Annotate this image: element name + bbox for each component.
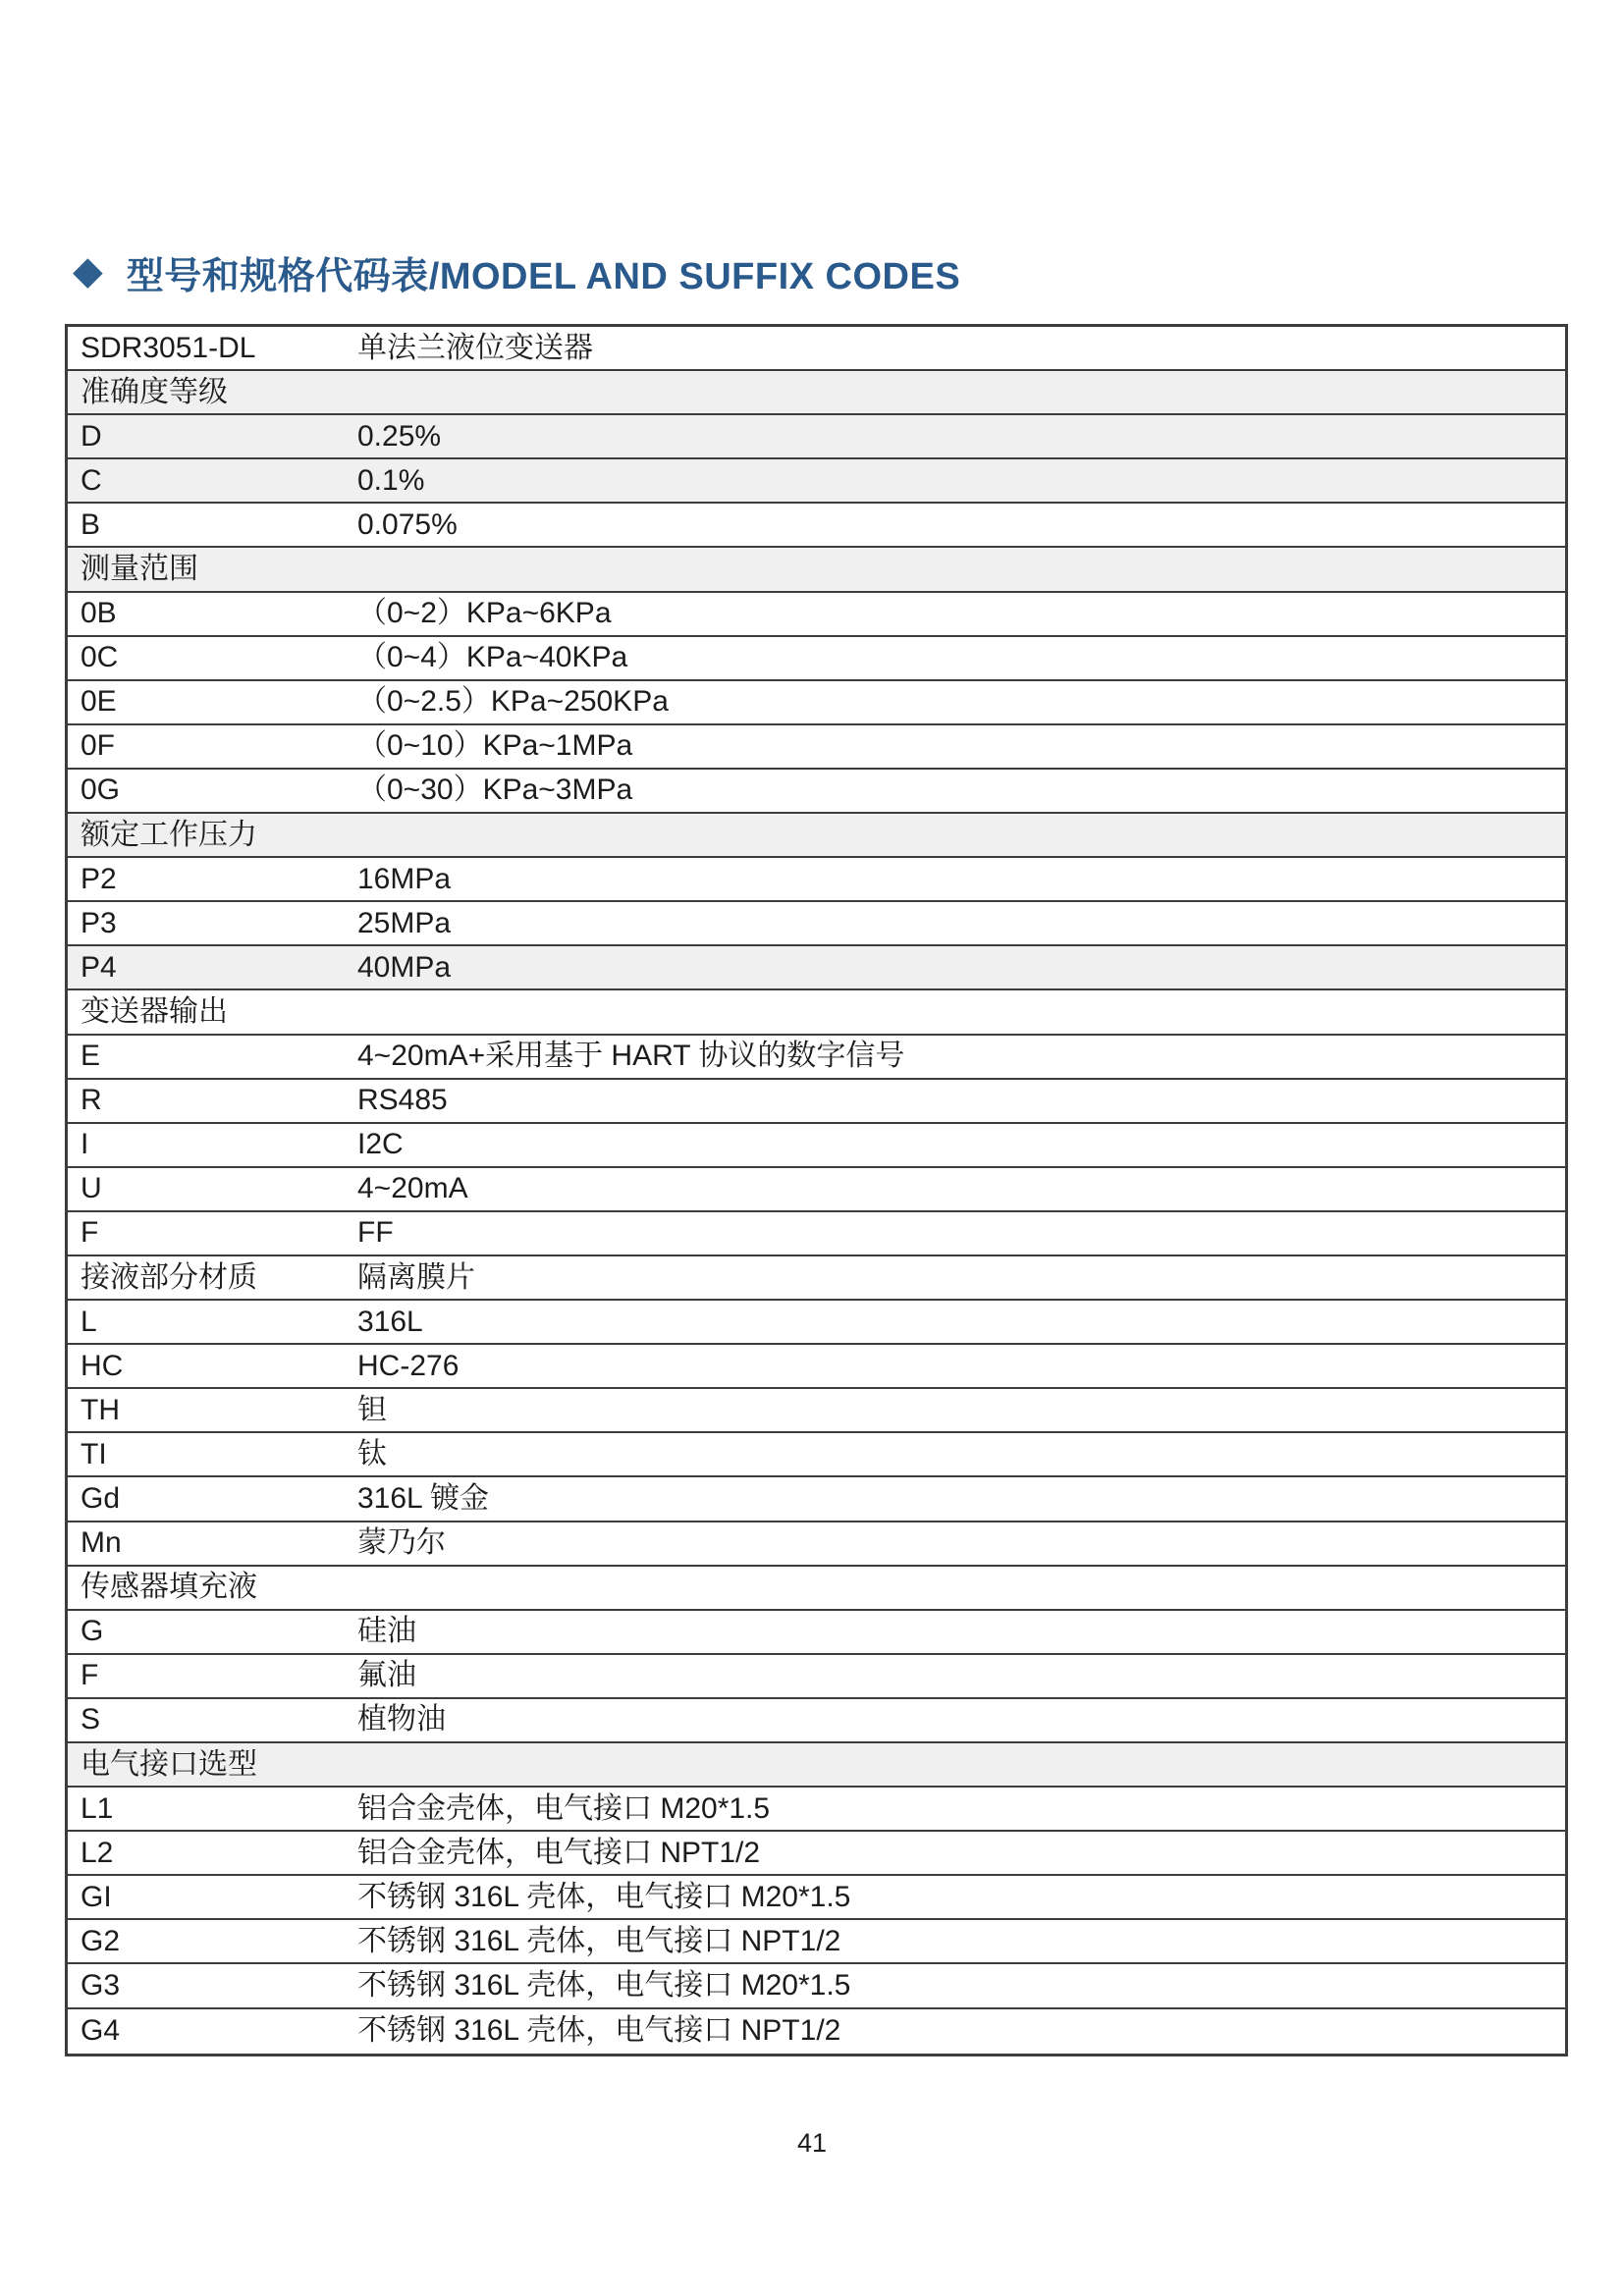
- table-row: L 316L: [68, 1301, 1565, 1345]
- table-row: G 硅油: [68, 1611, 1565, 1655]
- row-code: 接液部分材质: [81, 1263, 257, 1293]
- row-code: G3: [81, 1971, 120, 2001]
- row-description: 0.1%: [357, 466, 424, 496]
- table-row: GI 不锈钢 316L 壳体，电气接口 M20*1.5: [68, 1876, 1565, 1920]
- row-code: 测量范围: [81, 555, 198, 584]
- table-row: TH 钽: [68, 1389, 1565, 1433]
- section-heading: ◆ 型号和规格代码表/MODEL AND SUFFIX CODES: [73, 245, 960, 299]
- row-description: 植物油: [357, 1705, 446, 1735]
- row-description: HC-276: [357, 1352, 459, 1381]
- table-row: TI 钛: [68, 1433, 1565, 1477]
- row-code: 0F: [81, 731, 115, 761]
- row-description: RS485: [357, 1086, 448, 1115]
- row-code: 准确度等级: [81, 378, 228, 407]
- table-row: S 植物油: [68, 1699, 1565, 1743]
- table-row: R RS485: [68, 1080, 1565, 1124]
- table-row: G2 不锈钢 316L 壳体，电气接口 NPT1/2: [68, 1920, 1565, 1964]
- table-row: 接液部分材质 隔离膜片: [68, 1256, 1565, 1301]
- table-row: U 4~20mA: [68, 1168, 1565, 1212]
- table-row: E 4~20mA+采用基于 HART 协议的数字信号: [68, 1036, 1565, 1080]
- page-title: 型号和规格代码表/MODEL AND SUFFIX CODES: [127, 245, 960, 299]
- row-description: 不锈钢 316L 壳体，电气接口 M20*1.5: [357, 1971, 850, 2001]
- row-description: 0.075%: [357, 510, 458, 540]
- table-row: Mn 蒙乃尔: [68, 1522, 1565, 1567]
- row-code: 电气接口选型: [81, 1750, 257, 1780]
- table-row: C 0.1%: [68, 459, 1565, 504]
- diamond-bullet-icon: ◆: [73, 251, 103, 291]
- row-code: F: [81, 1661, 98, 1690]
- table-row: B 0.075%: [68, 504, 1565, 548]
- row-code: TH: [81, 1396, 120, 1425]
- table-row: 0E （0~2.5）KPa~250KPa: [68, 681, 1565, 725]
- row-description: 不锈钢 316L 壳体，电气接口 NPT1/2: [357, 1927, 840, 1956]
- row-description: 40MPa: [357, 953, 451, 983]
- table-row: 0C （0~4）KPa~40KPa: [68, 637, 1565, 681]
- row-description: 0.25%: [357, 422, 441, 452]
- row-description: （0~4）KPa~40KPa: [357, 643, 627, 672]
- row-code: L1: [81, 1794, 113, 1824]
- row-code: 0B: [81, 599, 117, 628]
- row-description: 316L: [357, 1308, 423, 1337]
- table-row: F 氟油: [68, 1655, 1565, 1699]
- row-code: R: [81, 1086, 102, 1115]
- row-code: TI: [81, 1440, 107, 1469]
- row-description: 不锈钢 316L 壳体，电气接口 NPT1/2: [357, 2016, 840, 2046]
- row-code: 变送器输出: [81, 997, 228, 1027]
- row-description: 25MPa: [357, 909, 451, 938]
- row-description: 钛: [357, 1440, 387, 1469]
- row-code: G2: [81, 1927, 120, 1956]
- row-code: P3: [81, 909, 117, 938]
- row-description: 钽: [357, 1396, 387, 1425]
- table-row: F FF: [68, 1212, 1565, 1256]
- row-code: C: [81, 466, 102, 496]
- table-row: 准确度等级: [68, 371, 1565, 415]
- row-code: D: [81, 422, 102, 452]
- row-description: 16MPa: [357, 865, 451, 894]
- table-row: I I2C: [68, 1124, 1565, 1168]
- document-page: ◆ 型号和规格代码表/MODEL AND SUFFIX CODES SDR305…: [0, 0, 1624, 2296]
- row-code: B: [81, 510, 100, 540]
- table-row: HC HC-276: [68, 1345, 1565, 1389]
- row-code: GI: [81, 1883, 112, 1912]
- row-description: （0~2.5）KPa~250KPa: [357, 687, 669, 717]
- row-code: Mn: [81, 1528, 122, 1558]
- table-row: P2 16MPa: [68, 858, 1565, 902]
- row-description: I2C: [357, 1130, 404, 1159]
- row-code: 额定工作压力: [81, 821, 257, 850]
- table-row: 额定工作压力: [68, 814, 1565, 858]
- table-row: G3 不锈钢 316L 壳体，电气接口 M20*1.5: [68, 1964, 1565, 2008]
- row-code: U: [81, 1174, 102, 1203]
- row-code: L: [81, 1308, 97, 1337]
- row-code: I: [81, 1130, 88, 1159]
- table-row: SDR3051-DL 单法兰液位变送器: [68, 327, 1565, 371]
- table-row: 0G （0~30）KPa~3MPa: [68, 770, 1565, 814]
- row-description: （0~10）KPa~1MPa: [357, 731, 632, 761]
- row-code: F: [81, 1218, 98, 1248]
- row-code: HC: [81, 1352, 123, 1381]
- row-description: 隔离膜片: [357, 1263, 475, 1293]
- row-code: P2: [81, 865, 117, 894]
- table-row: Gd 316L 镀金: [68, 1477, 1565, 1522]
- table-row: P4 40MPa: [68, 946, 1565, 990]
- row-code: G: [81, 1617, 103, 1646]
- row-description: 铝合金壳体，电气接口 M20*1.5: [357, 1794, 770, 1824]
- row-description: 不锈钢 316L 壳体，电气接口 M20*1.5: [357, 1883, 850, 1912]
- table-row: G4 不锈钢 316L 壳体，电气接口 NPT1/2: [68, 2009, 1565, 2054]
- row-description: （0~2）KPa~6KPa: [357, 599, 612, 628]
- row-description: （0~30）KPa~3MPa: [357, 775, 632, 805]
- model-suffix-codes-table: SDR3051-DL 单法兰液位变送器 准确度等级 D 0.25% C 0.1%…: [65, 324, 1568, 2056]
- table-row: L2 铝合金壳体，电气接口 NPT1/2: [68, 1832, 1565, 1876]
- table-row: 传感器填充液: [68, 1567, 1565, 1611]
- row-description: 铝合金壳体，电气接口 NPT1/2: [357, 1839, 760, 1868]
- row-code: P4: [81, 953, 117, 983]
- row-description: 316L 镀金: [357, 1484, 489, 1514]
- row-description: 4~20mA: [357, 1174, 468, 1203]
- row-description: 蒙乃尔: [357, 1528, 446, 1558]
- table-row: 0F （0~10）KPa~1MPa: [68, 725, 1565, 770]
- page-number: 41: [797, 2128, 827, 2158]
- table-row: P3 25MPa: [68, 902, 1565, 946]
- row-code: 0C: [81, 643, 118, 672]
- row-description: 硅油: [357, 1617, 416, 1646]
- table-row: 电气接口选型: [68, 1743, 1565, 1788]
- page-footer: 41: [0, 2128, 1624, 2159]
- row-code: E: [81, 1041, 100, 1071]
- row-description: 单法兰液位变送器: [357, 334, 593, 363]
- row-code: 传感器填充液: [81, 1573, 257, 1602]
- table-row: 0B （0~2）KPa~6KPa: [68, 593, 1565, 637]
- row-code: 0E: [81, 687, 117, 717]
- row-code: SDR3051-DL: [81, 334, 255, 363]
- table-row: D 0.25%: [68, 415, 1565, 459]
- row-description: 氟油: [357, 1661, 416, 1690]
- row-code: Gd: [81, 1484, 120, 1514]
- table-row: 测量范围: [68, 548, 1565, 592]
- row-code: L2: [81, 1839, 113, 1868]
- row-code: G4: [81, 2016, 120, 2046]
- table-row: L1 铝合金壳体，电气接口 M20*1.5: [68, 1788, 1565, 1832]
- row-code: 0G: [81, 775, 120, 805]
- row-code: S: [81, 1705, 100, 1735]
- row-description: 4~20mA+采用基于 HART 协议的数字信号: [357, 1041, 904, 1071]
- row-description: FF: [357, 1218, 394, 1248]
- table-row: 变送器输出: [68, 990, 1565, 1035]
